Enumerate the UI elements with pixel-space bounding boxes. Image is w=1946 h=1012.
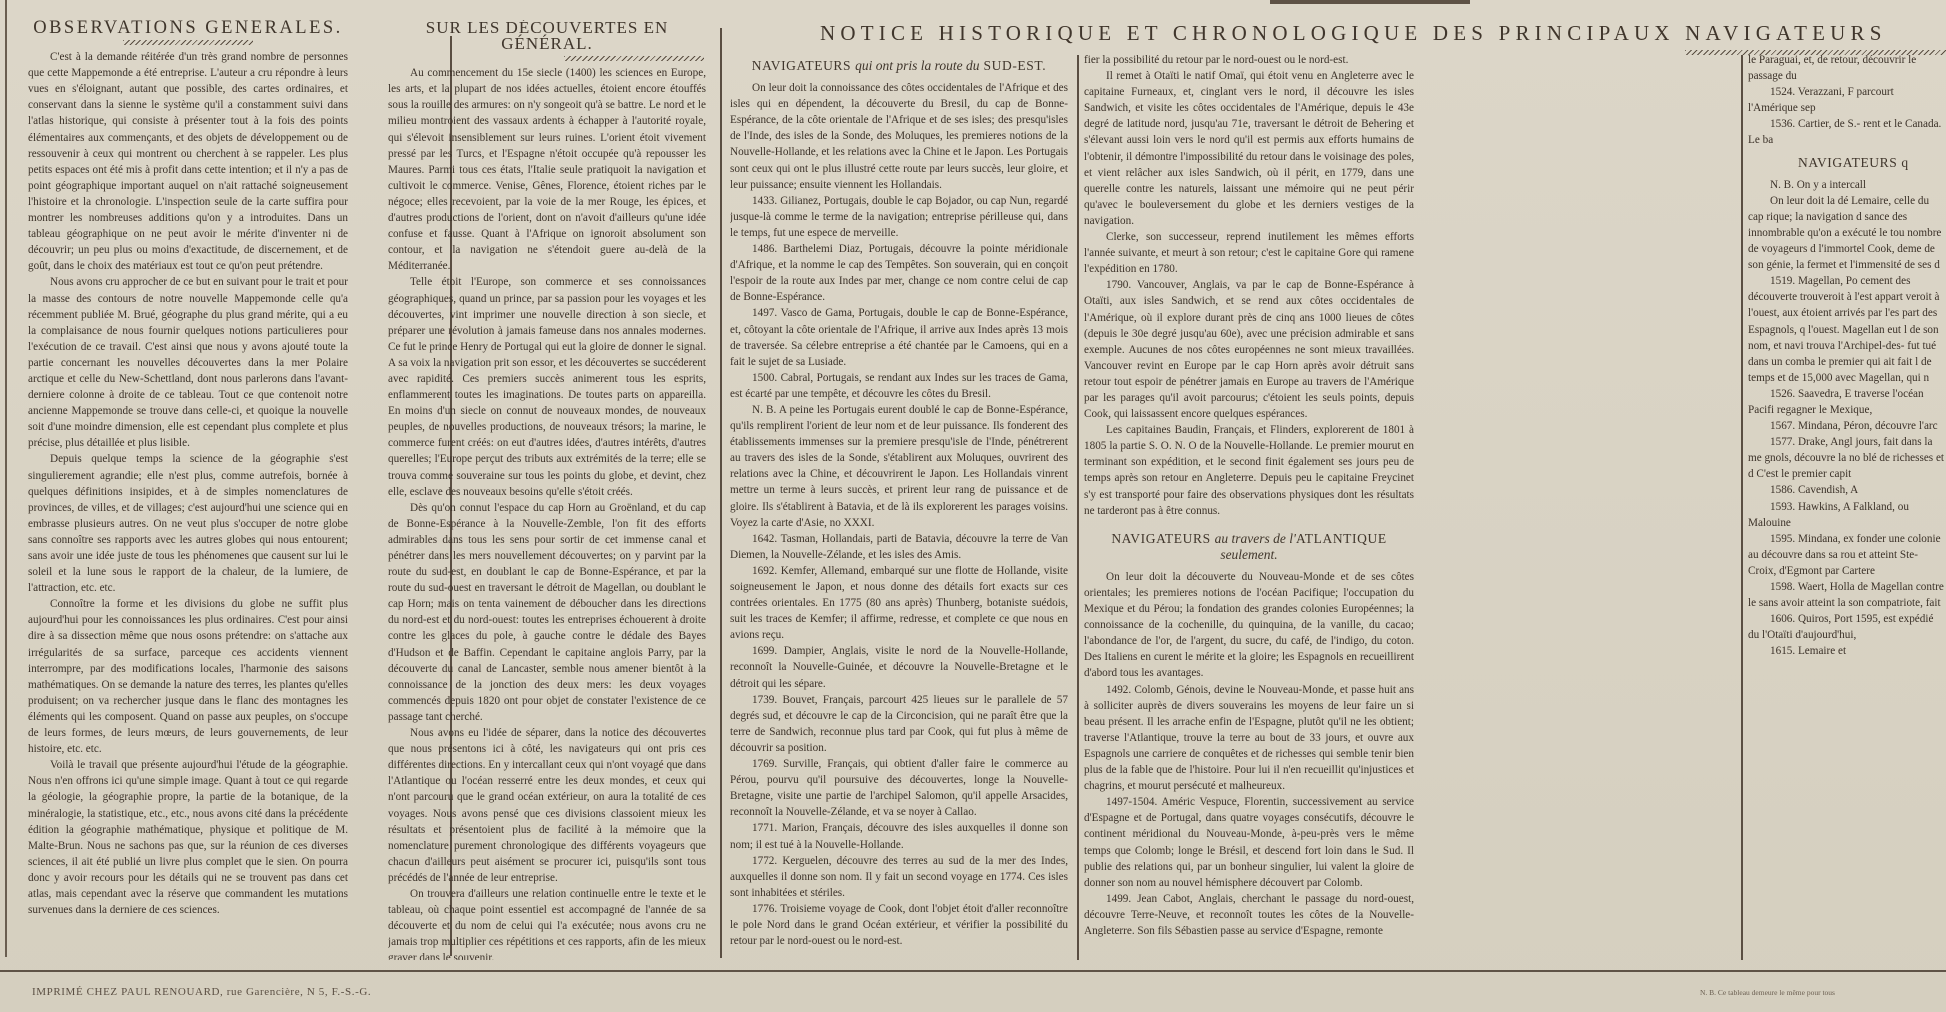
column-rule: [1741, 55, 1743, 960]
notice-atlantique-column: fier la possibilité du retour par le nor…: [1084, 52, 1414, 957]
navigator-entry: 1536. Cartier, de S.- rent et le Canada.…: [1748, 116, 1946, 148]
navigator-entry: 1771. Marion, Français, découvre des isl…: [730, 820, 1068, 852]
navigator-entry: 1615. Lemaire et: [1748, 643, 1946, 659]
paragraph: On leur doit la découverte du Nouveau-Mo…: [1084, 569, 1414, 682]
footer-rule: [0, 970, 1946, 972]
navigator-entry: 1567. Mindana, Péron, découvre l'arc: [1748, 418, 1946, 434]
navigator-entry: 1586. Cavendish, A: [1748, 482, 1946, 498]
navigator-entry: 1486. Barthelemi Diaz, Portugais, découv…: [730, 241, 1068, 305]
navigator-entry: 1776. Troisieme voyage de Cook, dont l'o…: [730, 901, 1068, 949]
navigator-entry: 1497. Vasco de Gama, Portugais, double l…: [730, 305, 1068, 369]
paragraph: Connoître la forme et les divisions du g…: [28, 596, 348, 757]
paragraph: Nous avons cru approcher de ce but en su…: [28, 274, 348, 451]
printer-imprint: IMPRIMÉ CHEZ PAUL RENOUARD, rue Garenciè…: [32, 986, 371, 998]
notice-sud-est-column: NAVIGATEURS qui ont pris la route du SUD…: [730, 52, 1068, 957]
paragraph: le Paraguai, et, de retour, découvrir le…: [1748, 52, 1946, 84]
notice-grand-ocean-column: le Paraguai, et, de retour, découvrir le…: [1748, 52, 1946, 957]
navigator-entry: 1497-1504. Améric Vespuce, Florentin, su…: [1084, 794, 1414, 891]
top-border-fragment: [1270, 0, 1470, 4]
column-rule: [720, 28, 722, 958]
navigator-entry: 1492. Colomb, Génois, devine le Nouveau-…: [1084, 682, 1414, 795]
ornament-divider: [123, 40, 253, 45]
navigator-entry: 1642. Tasman, Hollandais, parti de Batav…: [730, 531, 1068, 563]
paragraph: fier la possibilité du retour par le nor…: [1084, 52, 1414, 68]
section-subheading: NAVIGATEURS qui ont pris la route du SUD…: [730, 58, 1068, 74]
paragraph: On leur doit la dé Lemaire, celle du cap…: [1748, 193, 1946, 273]
paragraph: N. B. On y a intercall: [1748, 177, 1946, 193]
navigator-entry: 1769. Surville, Français, qui obtient d'…: [730, 756, 1068, 820]
discoveries-heading: SUR LES DÉCOUVERTES EN GÉNÉRAL.: [388, 20, 706, 52]
paragraph: Dès qu'on connut l'espace du cap Horn au…: [388, 500, 706, 725]
navigator-entry: 1524. Verazzani, F parcourt l'Amérique s…: [1748, 84, 1946, 116]
discoveries-column: SUR LES DÉCOUVERTES EN GÉNÉRAL. Au comme…: [388, 20, 706, 960]
paragraph: Il remet à Otaïti le natif Omaï, qui éto…: [1084, 68, 1414, 229]
section-subheading: NAVIGATEURS au travers de l'ATLANTIQUE s…: [1084, 531, 1414, 563]
paragraph: Clerke, son successeur, reprend inutilem…: [1084, 229, 1414, 277]
navigator-entry: 1790. Vancouver, Anglais, va par le cap …: [1084, 277, 1414, 422]
section-subheading: NAVIGATEURS q: [1748, 155, 1946, 171]
navigator-entry: 1593. Hawkins, A Falkland, ou Malouine: [1748, 499, 1946, 531]
paragraph: Nous avons eu l'idée de séparer, dans la…: [388, 725, 706, 886]
navigator-entry: 1577. Drake, Angl jours, fait dans la me…: [1748, 434, 1946, 482]
observations-heading: OBSERVATIONS GÉNÉRALES.: [28, 20, 348, 36]
page-left-border: [5, 0, 7, 957]
navigator-entry: 1699. Dampier, Anglais, visite le nord d…: [730, 643, 1068, 691]
navigator-entry: N. B. A peine les Portugais eurent doubl…: [730, 402, 1068, 531]
paragraph: C'est à la demande réitérée d'un très gr…: [28, 49, 348, 274]
navigator-entry: 1606. Quiros, Port 1595, est expédié du …: [1748, 611, 1946, 643]
navigator-entry: 1433. Gilianez, Portugais, double le cap…: [730, 193, 1068, 241]
navigator-entry: 1595. Mindana, ex fonder une colonie au …: [1748, 531, 1946, 579]
navigator-entry: 1692. Kemfer, Allemand, embarqué sur une…: [730, 563, 1068, 643]
paragraph: On trouvera d'ailleurs une relation cont…: [388, 886, 706, 960]
ornament-divider: [564, 56, 704, 61]
navigator-entry: 1739. Bouvet, Français, parcourt 425 lie…: [730, 692, 1068, 756]
paragraph: Depuis quelque temps la science de la gé…: [28, 451, 348, 596]
paragraph: Telle étoit l'Europe, son commerce et se…: [388, 274, 706, 499]
footer-note: N. B. Ce tableau demeure le même pour to…: [1700, 988, 1835, 997]
navigator-entry: 1772. Kerguelen, découvre des terres au …: [730, 853, 1068, 901]
navigator-entry: Les capitaines Baudin, Français, et Flin…: [1084, 422, 1414, 519]
document-page: OBSERVATIONS GÉNÉRALES. C'est à la deman…: [0, 0, 1946, 1012]
navigator-entry: 1519. Magellan, Po cement des découverte…: [1748, 273, 1946, 386]
paragraph: Au commencement du 15e siecle (1400) les…: [388, 65, 706, 274]
column-rule: [1077, 55, 1079, 960]
notice-heading: NOTICE HISTORIQUE ET CHRONOLOGIQUE DES P…: [820, 21, 1946, 46]
paragraph: On leur doit la connoissance des côtes o…: [730, 80, 1068, 193]
navigator-entry: 1499. Jean Cabot, Anglais, cherchant le …: [1084, 891, 1414, 939]
observations-column: OBSERVATIONS GÉNÉRALES. C'est à la deman…: [28, 20, 348, 960]
paragraph: Voilà le travail que présente aujourd'hu…: [28, 757, 348, 918]
navigator-entry: 1526. Saavedra, E traverse l'océan Pacif…: [1748, 386, 1946, 418]
navigator-entry: 1500. Cabral, Portugais, se rendant aux …: [730, 370, 1068, 402]
navigator-entry: 1598. Waert, Holla de Magellan contre le…: [1748, 579, 1946, 611]
